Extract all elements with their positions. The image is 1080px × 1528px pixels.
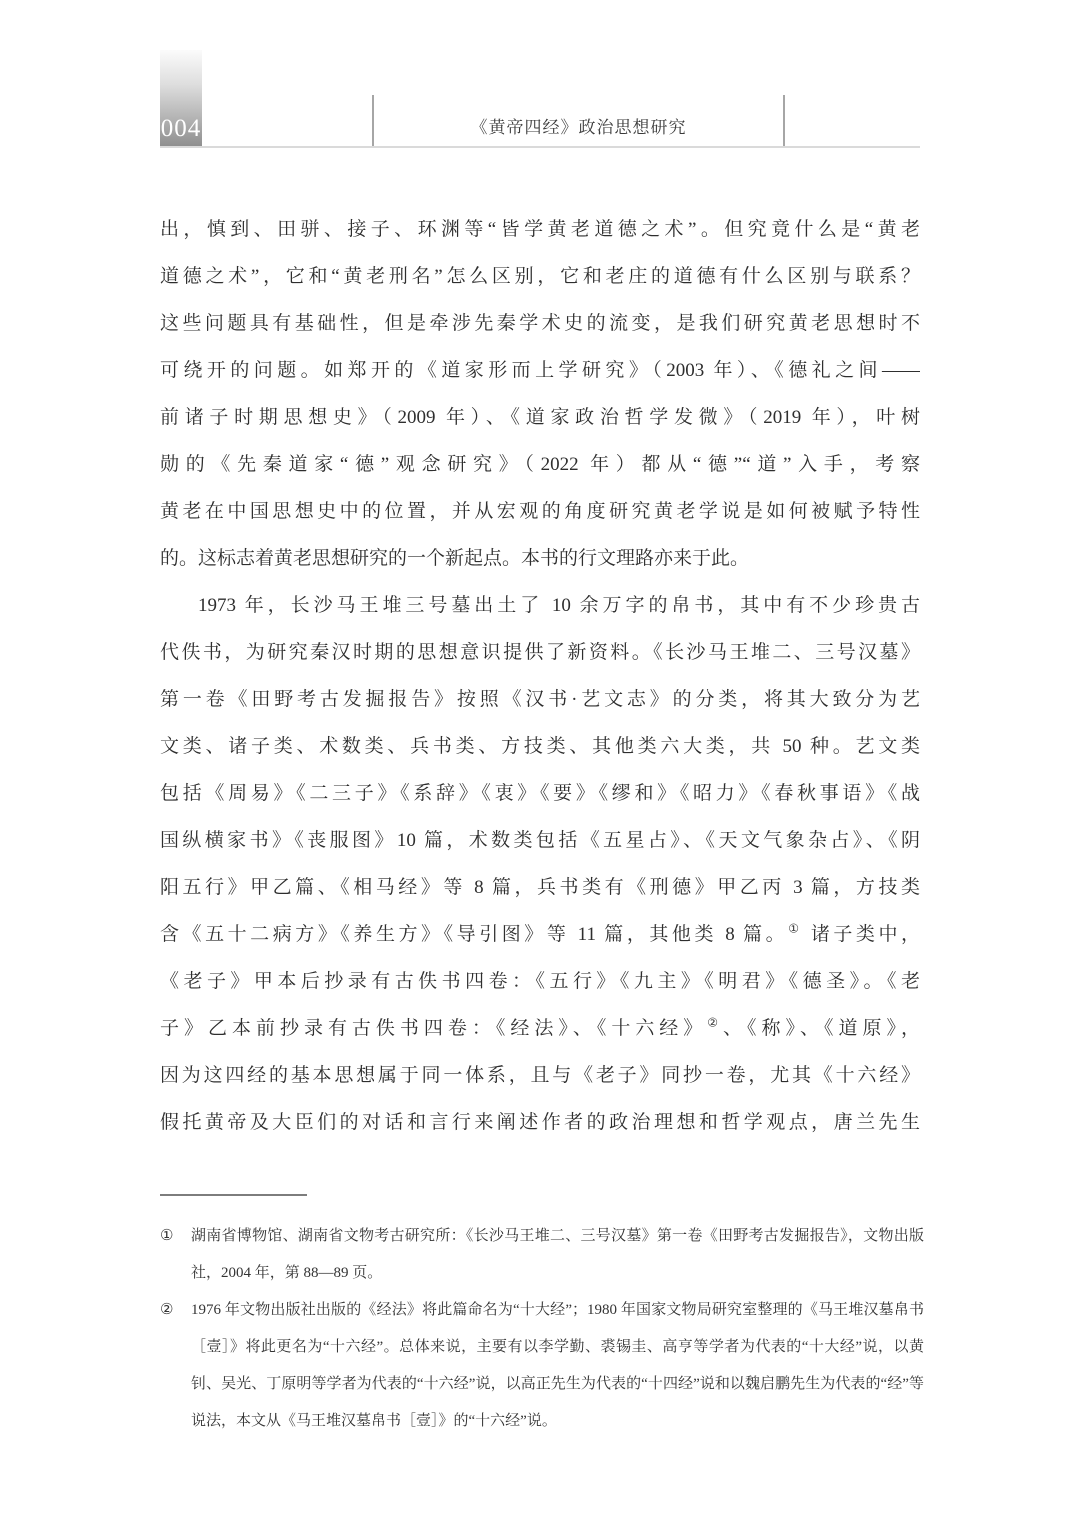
text-segment: 、《称》、《道原》， — [723, 1018, 920, 1039]
page-number: 004 — [161, 116, 202, 148]
text-line: 阳五行》甲乙篇、《相马经》等 8 篇，兵书类有《刑德》甲乙丙 3 篇，方技类 — [160, 864, 920, 911]
header-tick-right — [783, 95, 785, 146]
text-line: 勋的《先秦道家“德”观念研究》（2022 年）都从“德”“道”入手，考察 — [160, 441, 920, 488]
text-segment: 诸子类中， — [811, 924, 920, 945]
text-line: 可绕开的问题。如郑开的《道家形而上学研究》（2003 年）、《德礼之间—— — [160, 347, 920, 394]
text-segment: 含《五十二病方》《养生方》《导引图》等 11 篇，其他类 8 篇。 — [160, 924, 788, 945]
text-line: 含《五十二病方》《养生方》《导引图》等 11 篇，其他类 8 篇。① 诸子类中， — [160, 911, 920, 958]
running-title: 《黄帝四经》政治思想研究 — [374, 111, 783, 145]
body-text: 出，慎到、田骈、接子、环渊等“皆学黄老道德之术”。但究竟什么是“黄老 道德之术”… — [160, 206, 920, 1146]
footnote-marker-2: ② — [160, 1292, 191, 1329]
text-segment: 子》乙本前抄录有古佚书四卷：《经法》、《十六经》 — [160, 1018, 707, 1039]
text-line: 因为这四经的基本思想属于同一体系，且与《老子》同抄一卷，尤其《十六经》 — [160, 1052, 920, 1099]
page-number-bar: 004 — [160, 50, 202, 148]
footnote-marker-1: ① — [160, 1218, 191, 1255]
text-line: 包括《周易》《二三子》《系辞》《衷》《要》《缪和》《昭力》《春秋事语》《战 — [160, 770, 920, 817]
header-rule — [160, 146, 920, 148]
text-line: 第一卷《田野考古发掘报告》按照《汉书·艺文志》的分类，将其大致分为艺 — [160, 676, 920, 723]
footnotes-section: ① 湖南省博物馆、湖南省文物考古研究所：《长沙马王堆二、三号汉墓》第一卷《田野考… — [160, 1218, 924, 1440]
text-line: 假托黄帝及大臣们的对话和言行来阐述作者的政治理想和哲学观点，唐兰先生 — [160, 1099, 920, 1146]
text-line: 国纵横家书》《丧服图》10 篇，术数类包括《五星占》、《天文气象杂占》、《阴 — [160, 817, 920, 864]
footnote-1: ① 湖南省博物馆、湖南省文物考古研究所：《长沙马王堆二、三号汉墓》第一卷《田野考… — [160, 1218, 924, 1292]
text-line: 道德之术”，它和“黄老刑名”怎么区别，它和老庄的道德有什么区别与联系？ — [160, 253, 920, 300]
text-line: 黄老在中国思想史中的位置，并从宏观的角度研究黄老学说是如何被赋予特性 — [160, 488, 920, 535]
text-line: 文类、诸子类、术数类、兵书类、方技类、其他类六大类，共 50 种。艺文类 — [160, 723, 920, 770]
footnote-text-1: 湖南省博物馆、湖南省文物考古研究所：《长沙马王堆二、三号汉墓》第一卷《田野考古发… — [191, 1218, 924, 1292]
text-line: 《老子》甲本后抄录有古佚书四卷：《五行》《九主》《明君》《德圣》。《老 — [160, 958, 920, 1005]
footnote-divider — [160, 1194, 307, 1196]
footnote-2: ② 1976 年文物出版社出版的《经法》将此篇命名为“十大经”；1980 年国家… — [160, 1292, 924, 1440]
text-line: 这些问题具有基础性，但是牵涉先秦学术史的流变，是我们研究黄老思想时不 — [160, 300, 920, 347]
text-line-paragraph-end: 的。这标志着黄老思想研究的一个新起点。本书的行文理路亦来于此。 — [160, 535, 920, 582]
text-line: 出，慎到、田骈、接子、环渊等“皆学黄老道德之术”。但究竟什么是“黄老 — [160, 206, 920, 253]
footnote-text-2: 1976 年文物出版社出版的《经法》将此篇命名为“十大经”；1980 年国家文物… — [191, 1292, 924, 1440]
text-line: 代佚书，为研究秦汉时期的思想意识提供了新资料。《长沙马王堆二、三号汉墓》 — [160, 629, 920, 676]
book-page: 004 《黄帝四经》政治思想研究 出，慎到、田骈、接子、环渊等“皆学黄老道德之术… — [0, 0, 1080, 1528]
text-line: 子》乙本前抄录有古佚书四卷：《经法》、《十六经》②、《称》、《道原》， — [160, 1005, 920, 1052]
footnote-ref-2: ② — [707, 1016, 723, 1030]
footnote-ref-1: ① — [788, 922, 802, 936]
text-line-paragraph-start: 1973 年，长沙马王堆三号墓出土了 10 余万字的帛书，其中有不少珍贵古 — [160, 582, 920, 629]
text-line: 前诸子时期思想史》（2009 年）、《道家政治哲学发微》（2019 年），叶树 — [160, 394, 920, 441]
